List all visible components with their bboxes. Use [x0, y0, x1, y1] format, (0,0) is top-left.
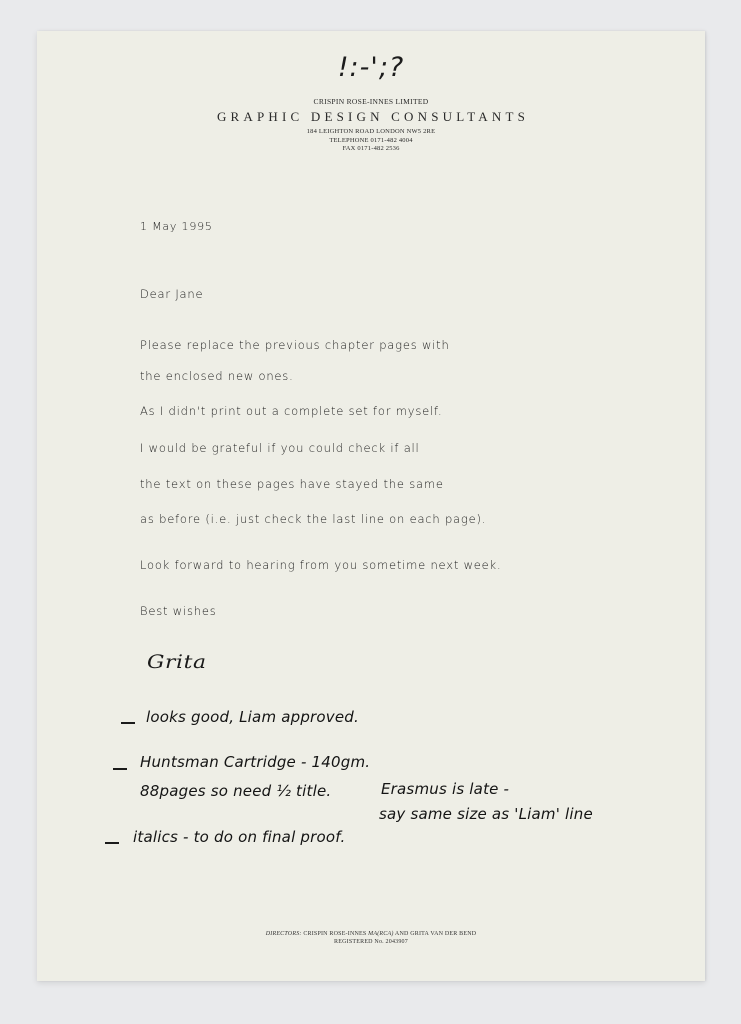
letter-sheet: !:-';? CRISPIN ROSE-INNES LIMITED GRAPHI…: [37, 31, 705, 981]
letter-date: 1 May 1995: [140, 220, 213, 233]
director-1: CRISPIN ROSE-INNES: [303, 931, 366, 937]
signature: Grita: [147, 651, 207, 673]
annotation-note: Huntsman Cartridge - 140gm.: [140, 753, 370, 771]
directors-label: DIRECTORS:: [266, 931, 302, 937]
body-line: the enclosed new ones.: [140, 369, 294, 383]
director-qualification: MA(RCA): [368, 931, 393, 937]
annotation-note: say same size as 'Liam' line: [379, 805, 593, 823]
body-line: I would be grateful if you could check i…: [140, 441, 420, 455]
bullet-dash: [121, 722, 135, 724]
company-fax: FAX 0171-482 2536: [37, 145, 705, 154]
letter-footer: DIRECTORS: CRISPIN ROSE-INNES MA(RCA) AN…: [37, 930, 705, 946]
letter-salutation: Dear Jane: [140, 287, 203, 301]
body-line: As I didn't print out a complete set for…: [140, 404, 442, 418]
body-line: as before (i.e. just check the last line…: [140, 512, 486, 526]
registration-number: REGISTERED No. 2043907: [37, 938, 705, 946]
bullet-dash: [113, 768, 127, 770]
body-line: Look forward to hearing from you sometim…: [140, 558, 501, 572]
director-2: AND GRITA VAN DER BEND: [395, 931, 476, 937]
annotation-note: Erasmus is late -: [381, 780, 509, 798]
annotation-note: italics - to do on final proof.: [133, 828, 345, 846]
letter-closing: Best wishes: [140, 604, 217, 618]
body-line: the text on these pages have stayed the …: [140, 477, 444, 491]
company-name: GRAPHIC DESIGN CONSULTANTS: [37, 109, 705, 124]
body-line: Please replace the previous chapter page…: [140, 338, 450, 352]
punctuation-logo: !:-';?: [37, 53, 705, 83]
directors-line: DIRECTORS: CRISPIN ROSE-INNES MA(RCA) AN…: [37, 930, 705, 938]
annotation-note: looks good, Liam approved.: [146, 708, 359, 726]
bullet-dash: [105, 842, 119, 844]
annotation-note: 88pages so need ½ title.: [140, 782, 331, 800]
company-limited: CRISPIN ROSE-INNES LIMITED: [37, 97, 705, 106]
letterhead: !:-';? CRISPIN ROSE-INNES LIMITED GRAPHI…: [37, 53, 705, 154]
company-telephone: TELEPHONE 0171-482 4004: [37, 137, 705, 146]
company-address: 184 LEIGHTON ROAD LONDON NW5 2RE: [37, 128, 705, 137]
